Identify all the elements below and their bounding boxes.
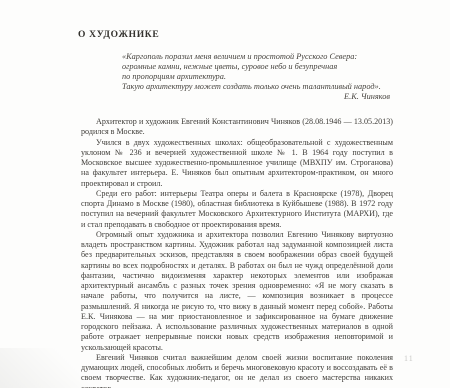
paragraph-works: Среди его работ: интерьеры Театра оперы … <box>81 189 393 230</box>
quote-line: Такую архитектуру может создать только о… <box>122 82 398 92</box>
paragraph-education: Учился в двух художественных школах: общ… <box>81 138 393 189</box>
book-page: О ХУДОЖНИКЕ «Каргополь поразил меня вели… <box>0 0 450 388</box>
paragraph-biography-intro: Архитектор и художник Евгений Константин… <box>81 117 393 138</box>
quote-line: по пропорциям архитектура. <box>122 72 398 82</box>
quote-line: огромные камни, нежные цветы, суровое не… <box>122 62 398 72</box>
quote-attribution: Е.К. Чиняков <box>122 92 398 102</box>
paragraph-teaching: Евгений Чиняков считал важнейшим делом с… <box>81 353 393 388</box>
page-number: 11 <box>404 354 414 363</box>
epigraph-quote: «Каргополь поразил меня величием и прост… <box>122 52 398 102</box>
paragraph-artistic-method: Огромный опыт художника и архитектора по… <box>81 230 393 353</box>
page-title: О ХУДОЖНИКЕ <box>78 30 159 40</box>
quote-line: «Каргополь поразил меня величием и прост… <box>122 52 398 62</box>
article-body: Архитектор и художник Евгений Константин… <box>81 117 393 388</box>
